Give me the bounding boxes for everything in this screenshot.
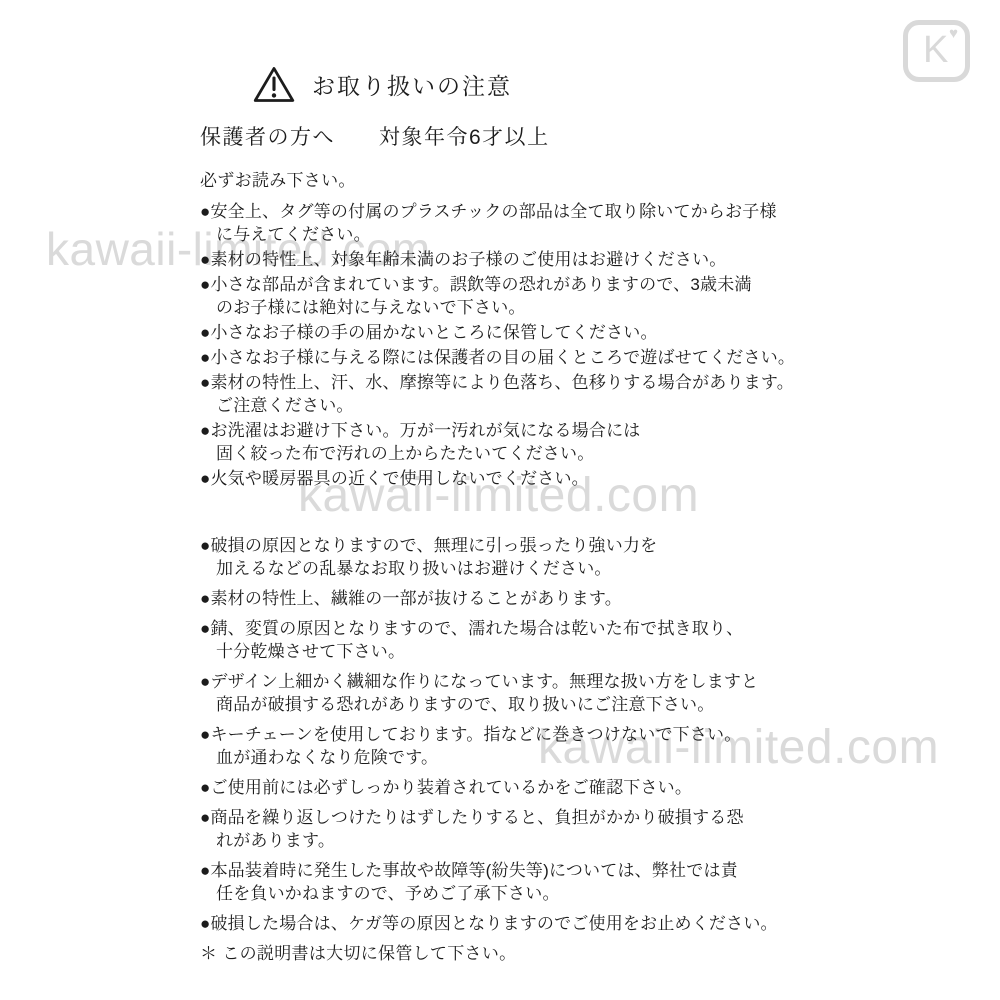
document-header: お取り扱いの注意	[200, 64, 860, 104]
kawaii-limited-logo: K ♥	[903, 20, 970, 82]
notice-item: ●デザイン上細かく繊細な作りになっています。無理な扱い方をしますと 商品が破損す…	[200, 670, 860, 716]
read-notice: 必ずお読み下さい。	[200, 166, 860, 191]
notice-item: ●ご使用前には必ずしっかり装着されているかをご確認下さい。	[200, 776, 860, 799]
notice-item: ●キーチェーンを使用しております。指などに巻きつけないで下さい。 血が通わなくな…	[200, 723, 860, 769]
footnote: ＊ この説明書は大切に保管して下さい。	[200, 942, 860, 965]
document-content: お取り扱いの注意 保護者の方へ 対象年令6才以上 必ずお読み下さい。 ●安全上、…	[200, 64, 860, 965]
page-title: お取り扱いの注意	[312, 68, 512, 101]
notice-item: ●小さなお子様に与える際には保護者の目の届くところで遊ばせてください。	[200, 346, 860, 369]
notice-item: ●小さなお子様の手の届かないところに保管してください。	[200, 321, 860, 344]
heart-icon: ♥	[949, 25, 958, 42]
notice-item: ●錆、変質の原因となりますので、濡れた場合は乾いた布で拭き取り、 十分乾燥させて…	[200, 617, 860, 663]
notice-item: ●お洗濯はお避け下さい。万が一汚れが気になる場合には 固く絞った布で汚れの上から…	[200, 419, 860, 465]
notice-item: ●商品を繰り返しつけたりはずしたりすると、負担がかかり破損する恐 れがあります。	[200, 806, 860, 852]
notice-item: ●本品装着時に発生した事故や故障等(紛失等)については、弊社では責 任を負いかね…	[200, 859, 860, 905]
notice-section-general: ●安全上、タグ等の付属のプラスチックの部品は全て取り除いてからお子様 に与えてく…	[200, 200, 860, 490]
notice-section-product: ●破損の原因となりますので、無理に引っ張ったり強い力を 加えるなどの乱暴なお取り…	[200, 534, 860, 935]
notice-item: ●安全上、タグ等の付属のプラスチックの部品は全て取り除いてからお子様 に与えてく…	[200, 200, 860, 246]
audience-line: 保護者の方へ 対象年令6才以上	[200, 121, 860, 151]
notice-item: ●火気や暖房器具の近くで使用しないでください。	[200, 467, 860, 490]
care-instruction-sheet: kawaii-limited.com kawaii-limited.com ka…	[0, 0, 1000, 1000]
warning-triangle-icon	[252, 64, 296, 104]
logo-letter-k: K	[923, 30, 948, 72]
notice-item: ●小さな部品が含まれています。誤飲等の恐れがありますので、3歳未満 のお子様には…	[200, 273, 860, 319]
audience-label: 保護者の方へ	[200, 121, 335, 151]
target-age-label: 対象年令6才以上	[379, 121, 550, 151]
notice-item: ●破損した場合は、ケガ等の原因となりますのでご使用をお止めください。	[200, 912, 860, 935]
notice-item: ●素材の特性上、汗、水、摩擦等により色落ち、色移りする場合があります。 ご注意く…	[200, 371, 860, 417]
notice-item: ●素材の特性上、繊維の一部が抜けることがあります。	[200, 587, 860, 610]
notice-item: ●素材の特性上、対象年齢未満のお子様のご使用はお避けください。	[200, 248, 860, 271]
notice-item: ●破損の原因となりますので、無理に引っ張ったり強い力を 加えるなどの乱暴なお取り…	[200, 534, 860, 580]
